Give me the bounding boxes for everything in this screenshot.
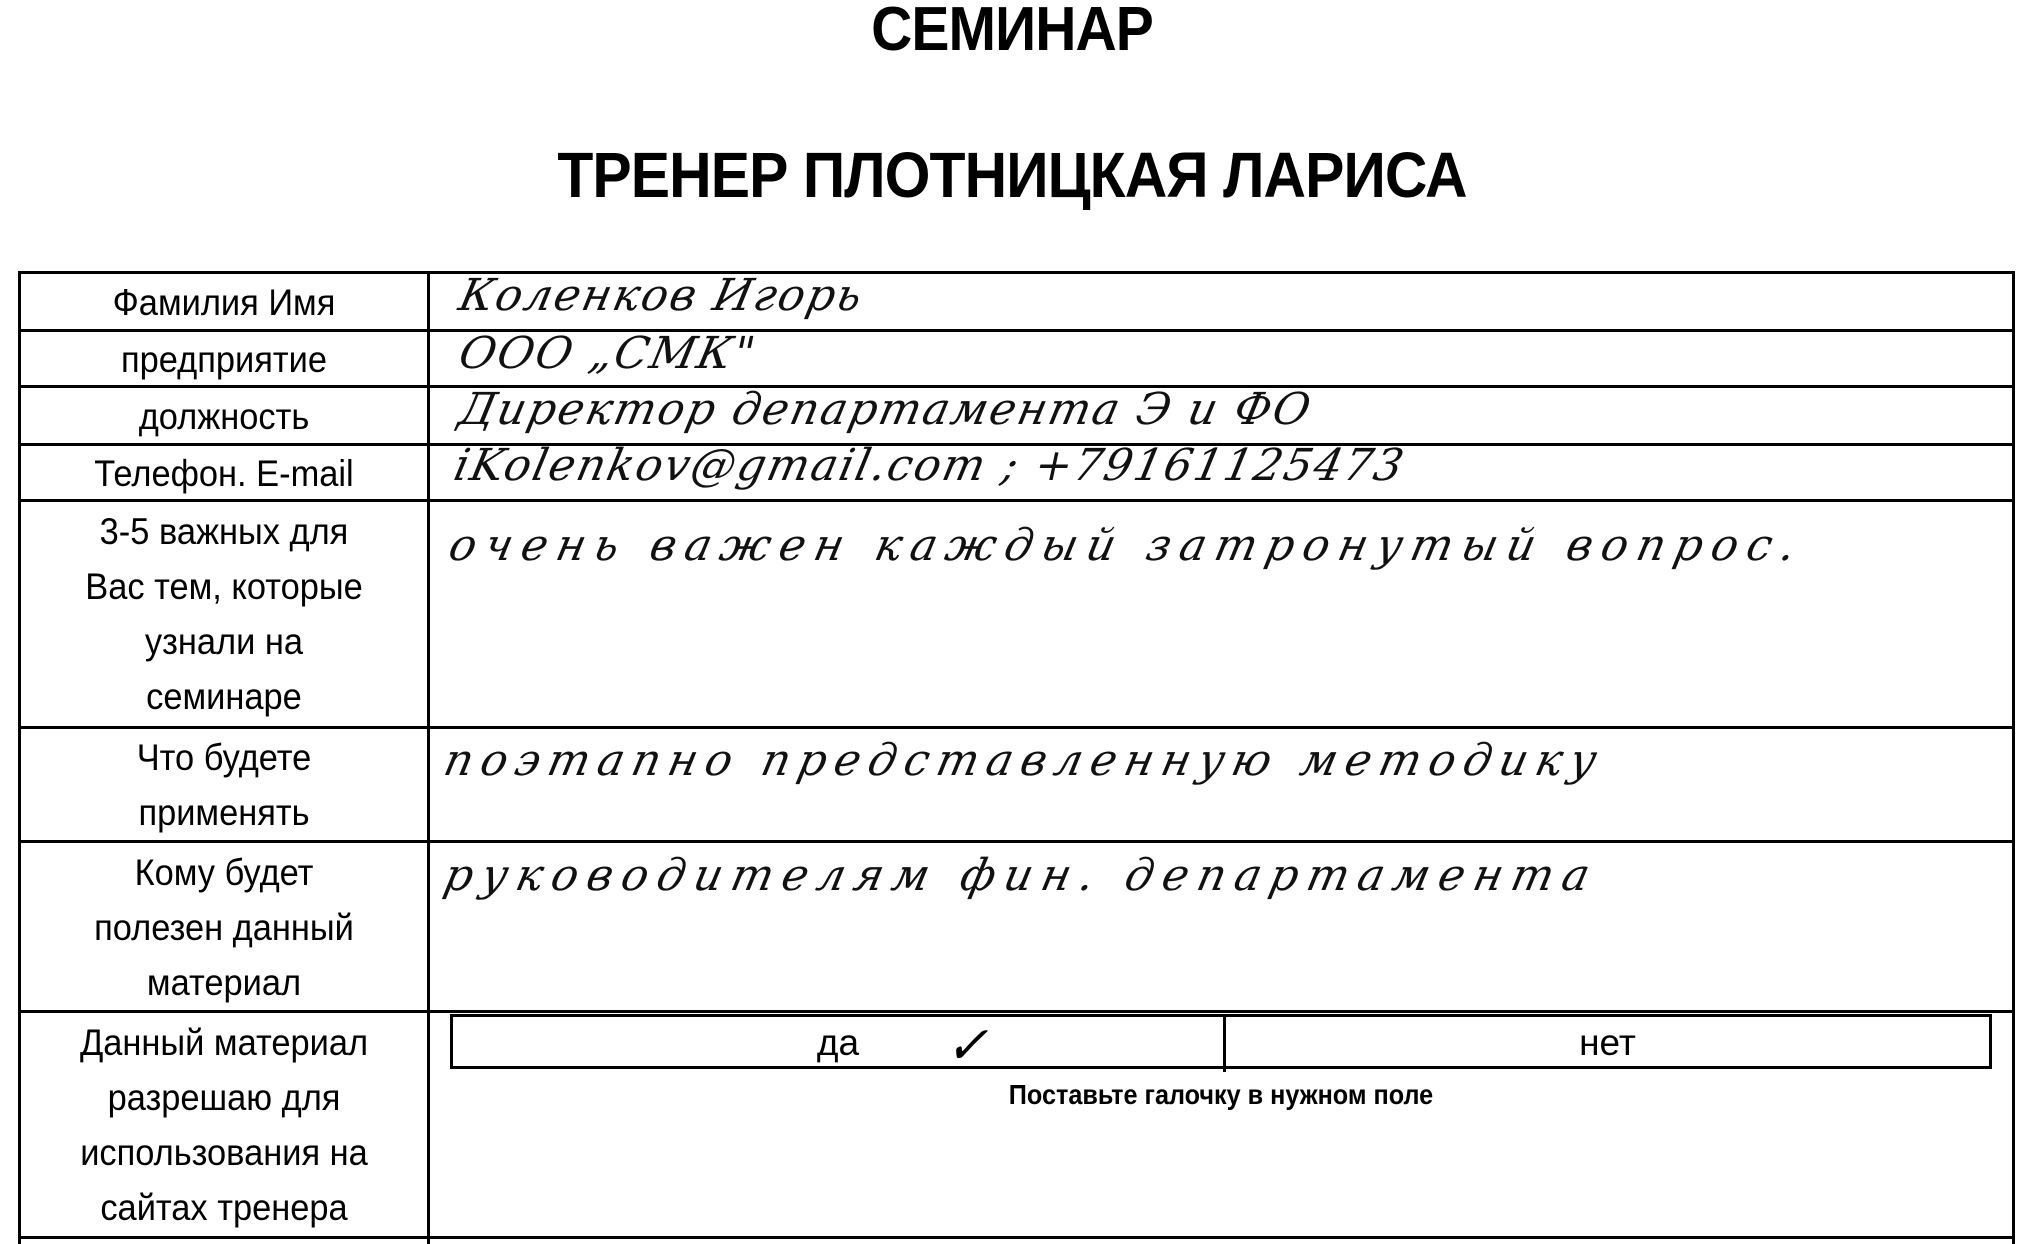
label-line: Данный материал <box>80 1015 368 1070</box>
label-line: Кому будет <box>135 845 314 900</box>
column-divider <box>427 271 430 1244</box>
permission-hint: Поставьте галочку в нужном поле <box>527 1079 1915 1111</box>
label-key-topics: 3-5 важных для Вас тем, которые узнали н… <box>34 502 413 726</box>
label-line: 3-5 важных для <box>100 504 349 559</box>
value-useful-for[interactable]: руководителям фин. департамента <box>440 850 1604 901</box>
label-line: материал <box>147 955 301 1010</box>
label-permission: Данный материал разрешаю для использован… <box>34 1013 413 1237</box>
label-line: узнали на <box>145 614 303 669</box>
checkmark-icon: ✓ <box>945 1016 989 1076</box>
label-line: применять <box>138 785 309 840</box>
permission-choice-box: да нет <box>450 1014 1992 1069</box>
table-border-right <box>2012 271 2015 1244</box>
label-line: Вас тем, которые <box>85 559 362 614</box>
label-line: разрешаю для <box>108 1070 341 1125</box>
label-line: полезен данный <box>94 900 354 955</box>
value-will-apply[interactable]: поэтапно представленную методику <box>440 735 1610 786</box>
label-useful-for: Кому будет полезен данный материал <box>34 843 413 1011</box>
option-no[interactable]: нет <box>1226 1017 1989 1069</box>
label-name: Фамилия Имя <box>34 274 413 330</box>
value-name[interactable]: Коленков Игорь <box>455 270 869 321</box>
table-border-left <box>18 271 21 1244</box>
label-line: использования на <box>80 1125 368 1180</box>
value-contacts[interactable]: iKolenkov@gmail.com ; +79161125473 <box>450 440 1410 491</box>
label-line: семинаре <box>146 669 302 724</box>
label-company: предприятие <box>34 332 413 386</box>
trainer-title: ТРЕНЕР ПЛОТНИЦКАЯ ЛАРИСА <box>81 138 1943 212</box>
label-position: должность <box>34 388 413 444</box>
page-title: СЕМИНАР <box>81 0 1943 65</box>
label-will-apply: Что будете применять <box>34 729 413 841</box>
label-line: сайтах тренера <box>100 1180 347 1235</box>
label-contacts: Телефон. E-mail <box>34 446 413 500</box>
value-key-topics[interactable]: очень важен каждый затронутый вопрос. <box>445 520 1810 571</box>
label-line: Что будете <box>137 730 312 785</box>
value-position[interactable]: Директор департамента Э и ФО <box>455 384 1317 435</box>
value-company[interactable]: ООО „СМК" <box>455 328 762 379</box>
option-yes[interactable]: да <box>453 1017 1223 1069</box>
